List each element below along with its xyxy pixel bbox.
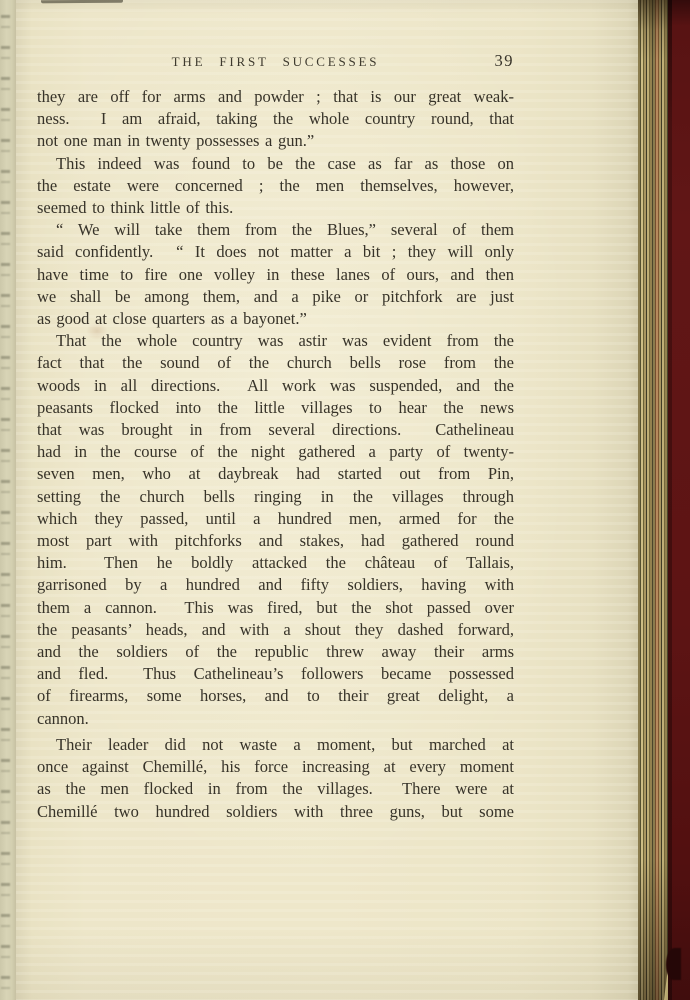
text-line: seven men, who at daybreak had started o… <box>37 463 514 485</box>
text-line: “ We will take them from the Blues,” sev… <box>37 219 514 241</box>
text-line: as good at close quarters as a bayonet.” <box>37 308 514 330</box>
text-line: not one man in twenty possesses a gun.” <box>37 130 514 152</box>
text-line: Their leader did not waste a moment, but… <box>37 734 514 756</box>
text-line: had in the course of the night gathered … <box>37 441 514 463</box>
chapter-running-title: THE FIRST SUCCESSES <box>37 54 514 70</box>
text-line: them a cannon. This was fired, but the s… <box>37 597 514 619</box>
page-top-shadow <box>41 0 123 3</box>
book-page-edges <box>638 0 668 1000</box>
text-line: the peasants’ heads, and with a shout th… <box>37 619 514 641</box>
text-line: cannon. <box>37 708 514 730</box>
text-line: fact that the sound of the church bells … <box>37 352 514 374</box>
paragraph: Their leader did not waste a moment, but… <box>37 734 514 823</box>
book-cover <box>668 0 690 1000</box>
scanned-book-page: THE FIRST SUCCESSES 39 they are off for … <box>0 0 690 1000</box>
text-line: which they passed, until a hundred men, … <box>37 508 514 530</box>
facing-page-text-bleed <box>1 6 10 994</box>
paragraph: This indeed was found to be the case as … <box>37 153 514 220</box>
text-line: woods in all directions. All work was su… <box>37 375 514 397</box>
text-line: we shall be among them, and a pike or pi… <box>37 286 514 308</box>
paragraph: they are off for arms and powder ; that … <box>37 86 514 153</box>
paragraph: “ We will take them from the Blues,” sev… <box>37 219 514 330</box>
book-cover-notch <box>666 948 681 980</box>
text-line: peasants flocked into the little village… <box>37 397 514 419</box>
text-line: once against Chemillé, his force increas… <box>37 756 514 778</box>
text-line: most part with pitchforks and stakes, ha… <box>37 530 514 552</box>
text-line: This indeed was found to be the case as … <box>37 153 514 175</box>
text-line: That the whole country was astir was evi… <box>37 330 514 352</box>
text-line: the estate were concerned ; the men them… <box>37 175 514 197</box>
text-line: that was brought in from several directi… <box>37 419 514 441</box>
text-line: ness. I am afraid, taking the whole coun… <box>37 108 514 130</box>
text-line: they are off for arms and powder ; that … <box>37 86 514 108</box>
text-line: said confidently. “ It does not matter a… <box>37 241 514 263</box>
paragraph: That the whole country was astir was evi… <box>37 330 514 730</box>
text-line: and fled. Thus Cathelineau’s followers b… <box>37 663 514 685</box>
facing-page-edge <box>0 0 16 1000</box>
text-line: setting the church bells ringing in the … <box>37 486 514 508</box>
text-line: garrisoned by a hundred and fifty soldie… <box>37 574 514 596</box>
text-line: seemed to think little of this. <box>37 197 514 219</box>
text-line: and the soldiers of the republic threw a… <box>37 641 514 663</box>
text-line: have time to fire one volley in these la… <box>37 264 514 286</box>
text-line: Chemillé two hundred soldiers with three… <box>37 801 514 823</box>
running-header: THE FIRST SUCCESSES 39 <box>37 54 514 76</box>
page-text: they are off for arms and powder ; that … <box>37 86 514 823</box>
text-line: as the men flocked in from the villages.… <box>37 778 514 800</box>
text-line: of firearms, some horses, and to their g… <box>37 685 514 707</box>
page-number: 39 <box>495 51 515 71</box>
text-line: him. Then he boldly attacked the château… <box>37 552 514 574</box>
